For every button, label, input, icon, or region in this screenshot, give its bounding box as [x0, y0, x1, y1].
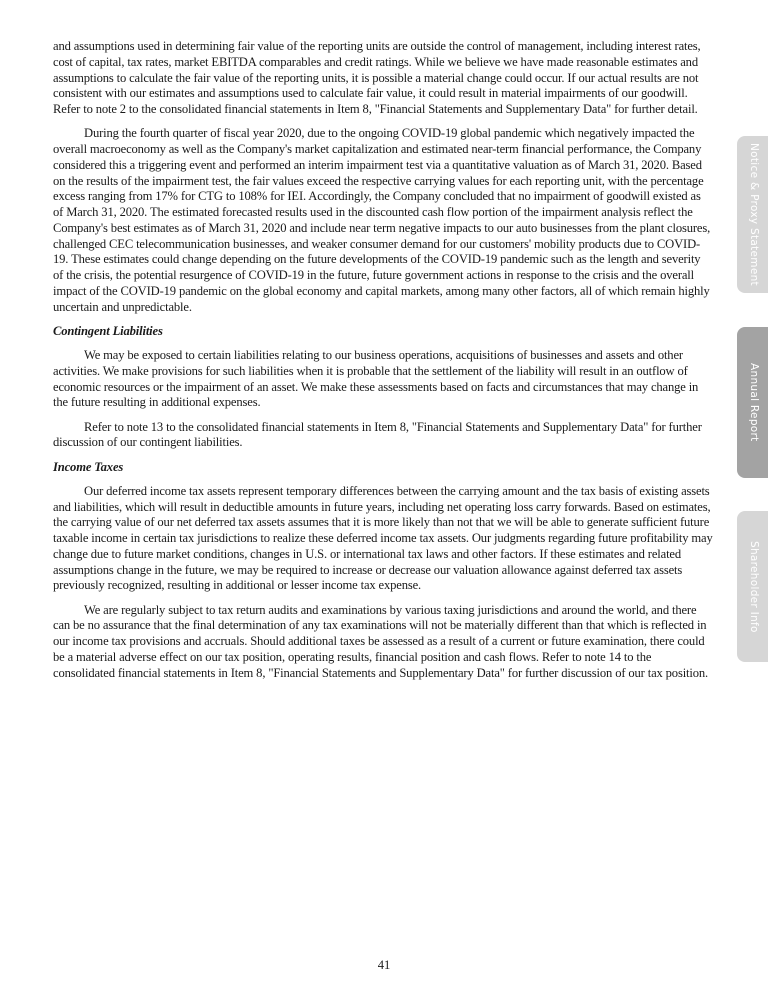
paragraph-tax-audits: We are regularly subject to tax return a… [53, 603, 713, 682]
paragraph-contingent-liabilities-reference: Refer to note 13 to the consolidated fin… [53, 420, 713, 452]
side-tab-annual-report[interactable]: Annual Report [737, 327, 768, 478]
side-tab-shareholder-info[interactable]: Shareholder Info [737, 511, 768, 662]
heading-income-taxes: Income Taxes [53, 460, 713, 476]
page-number: 41 [0, 958, 768, 973]
document-body: and assumptions used in determining fair… [53, 39, 713, 690]
paragraph-fair-value-continued: and assumptions used in determining fair… [53, 39, 713, 118]
side-tab-label: Shareholder Info [748, 541, 760, 633]
paragraph-interim-impairment-test: During the fourth quarter of fiscal year… [53, 126, 713, 315]
paragraph-deferred-tax-assets: Our deferred income tax assets represent… [53, 484, 713, 594]
side-tab-label: Notice & Proxy Statement [748, 143, 760, 286]
heading-contingent-liabilities: Contingent Liabilities [53, 324, 713, 340]
side-tab-label: Annual Report [748, 363, 760, 442]
paragraph-contingent-liabilities-provisions: We may be exposed to certain liabilities… [53, 348, 713, 411]
side-tab-notice-proxy-statement[interactable]: Notice & Proxy Statement [737, 136, 768, 293]
